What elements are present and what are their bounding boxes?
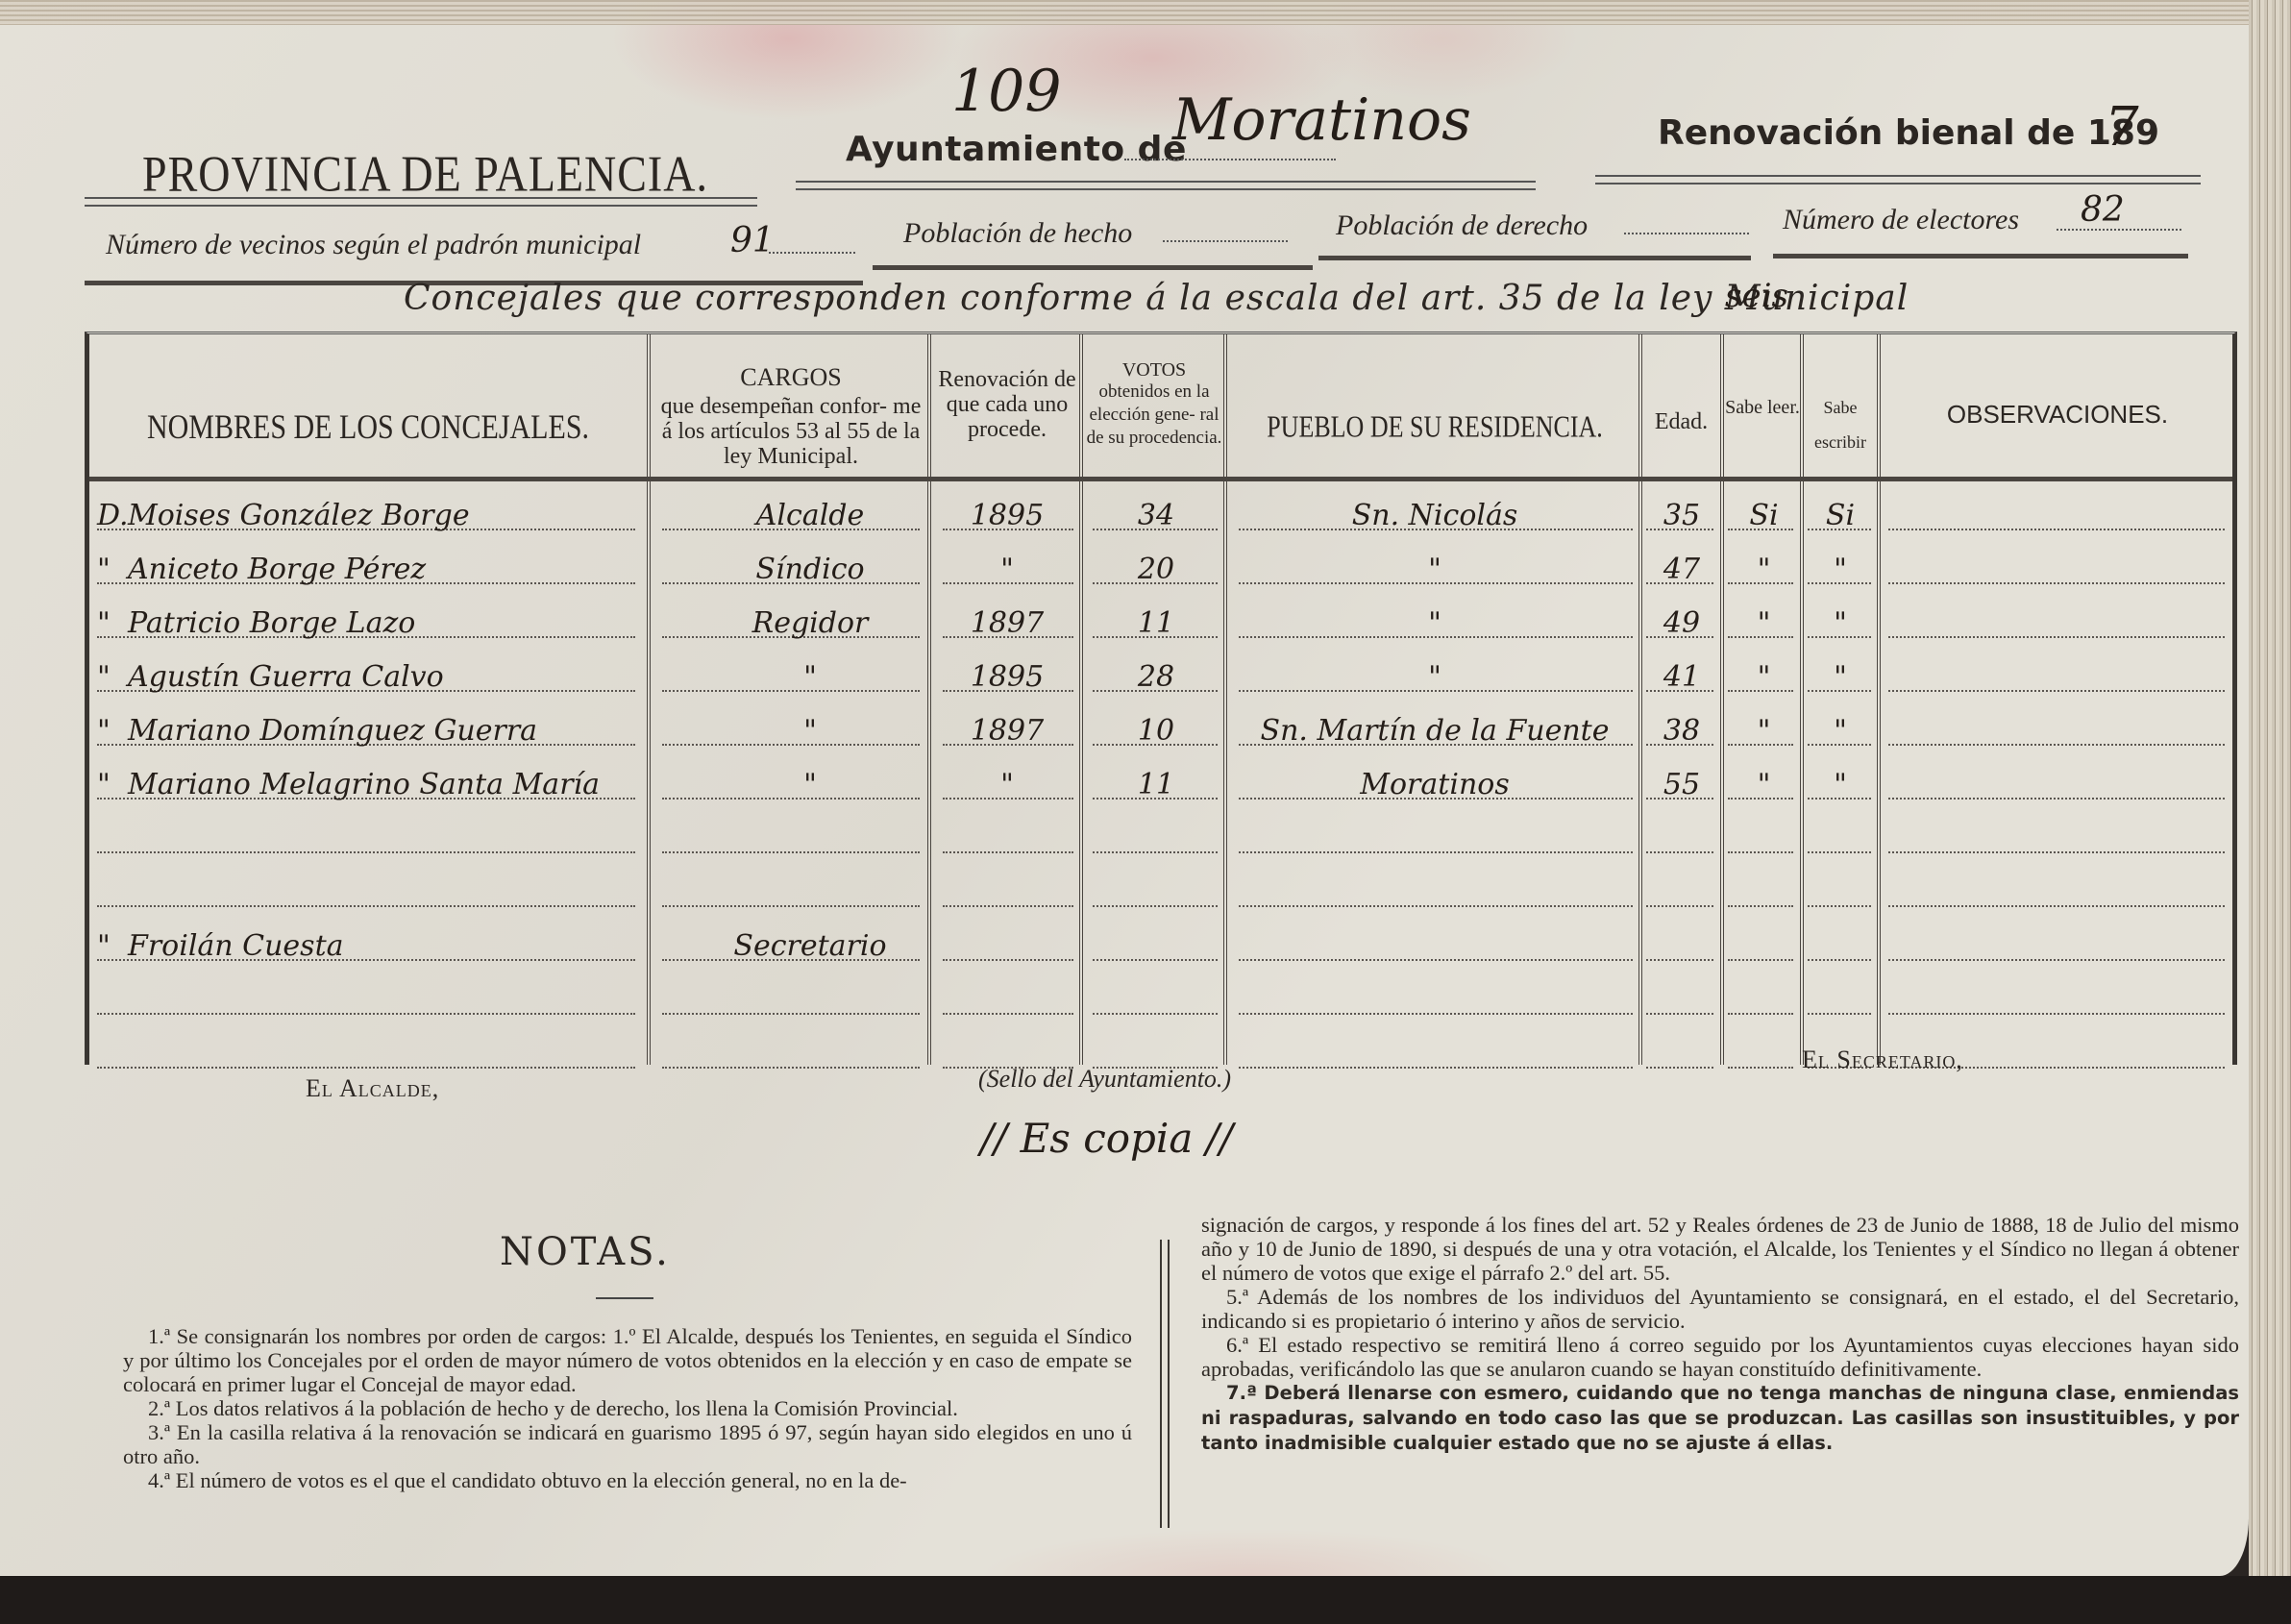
dotted-line (1646, 1013, 1713, 1015)
cell-prefix: " (97, 929, 126, 963)
dotted-line (1239, 1013, 1633, 1015)
cell-leer: " (1733, 660, 1795, 694)
dotted-line (1888, 959, 2225, 961)
cell-renovacion: " (945, 553, 1070, 586)
cell-pueblo: " (1243, 660, 1627, 694)
cell-prefix: " (97, 660, 126, 694)
cell-pueblo: Moratinos (1243, 768, 1627, 801)
dotted-line (943, 851, 1073, 853)
cell-renovacion: 1895 (945, 660, 1070, 694)
notas-title: NOTAS. (500, 1230, 671, 1274)
cell-renovacion: 1895 (945, 499, 1070, 532)
cell-leer: " (1733, 714, 1795, 748)
nota-4: 4.ª El número de votos es el que el cand… (123, 1468, 1132, 1492)
ayuntamiento-label: Ayuntamiento de (846, 130, 1187, 169)
dotted-line (662, 1013, 920, 1015)
header-votos-sub: obtenidos en la elección gene- ral de su… (1085, 381, 1223, 450)
cell-pueblo: Sn. Nicolás (1243, 499, 1627, 532)
dotted-line (1888, 582, 2225, 584)
notas-left-column: 1.ª Se consignarán los nombres por orden… (123, 1324, 1132, 1492)
dotted-line (1093, 959, 1218, 961)
dotted-line (1728, 851, 1793, 853)
cell-cargo: " (704, 714, 916, 748)
document-page: 109 PROVINCIA DE PALENCIA. Ayuntamiento … (0, 0, 2249, 1576)
dotted-line (1808, 851, 1871, 853)
table-row: "Froilán CuestaSecretario (89, 919, 2232, 967)
cell-leer: " (1733, 606, 1795, 640)
dotted-line (97, 1067, 635, 1069)
cell-escribir: " (1811, 768, 1869, 801)
ayuntamiento-dots (1124, 159, 1336, 160)
dotted-line (1728, 959, 1793, 961)
dotted-line (97, 851, 635, 853)
dotted-line (1646, 1067, 1713, 1069)
dotted-line (1888, 529, 2225, 530)
dotted-line (1888, 744, 2225, 746)
cell-edad: 49 (1648, 606, 1715, 640)
poblacion-hecho-field (1163, 240, 1288, 242)
rule-thick (1773, 254, 2188, 258)
nota-7-bold: 7.ª Deberá llenarse con esmero, cuidando… (1201, 1381, 2239, 1456)
cell-escribir: Si (1811, 499, 1869, 532)
cell-pueblo: " (1243, 553, 1627, 586)
provincia-title: PROVINCIA DE PALENCIA. (142, 144, 708, 203)
cell-cargo: Síndico (704, 553, 916, 586)
dotted-line (1888, 636, 2225, 638)
nota-3: 3.ª En la casilla relativa á la renovaci… (123, 1420, 1132, 1468)
cell-escribir: " (1811, 606, 1869, 640)
cell-edad: 35 (1648, 499, 1715, 532)
cell-edad: 47 (1648, 553, 1715, 586)
cell-votos: 20 (1098, 553, 1214, 586)
nota-2: 2.ª Los datos relativos á la población d… (123, 1396, 1132, 1420)
dotted-line (1239, 1067, 1633, 1069)
poblacion-derecho-label: Población de derecho (1336, 209, 1588, 242)
cell-votos: 11 (1098, 606, 1214, 640)
cell-pueblo: Sn. Martín de la Fuente (1243, 714, 1627, 748)
cell-prefix: " (97, 768, 126, 801)
cell-renovacion: 1897 (945, 606, 1070, 640)
cell-nombre: Moises González Borge (128, 499, 637, 532)
cell-leer: " (1733, 768, 1795, 801)
dotted-line (1808, 905, 1871, 907)
table-row (89, 811, 2232, 859)
cell-nombre: Patricio Borge Lazo (128, 606, 637, 640)
cell-nombre: Froilán Cuesta (128, 929, 637, 963)
dotted-line (943, 1013, 1073, 1015)
dotted-line (1239, 959, 1633, 961)
nota-4-continuation: signación de cargos, y responde á los fi… (1201, 1213, 2239, 1285)
rule-double (85, 197, 757, 207)
dotted-line (1888, 690, 2225, 692)
dotted-line (1888, 1013, 2225, 1015)
cell-votos: 10 (1098, 714, 1214, 748)
vecinos-label: Número de vecinos según el padrón munici… (106, 229, 641, 261)
alcalde-signature-label: El Alcalde, (306, 1074, 439, 1103)
dotted-line (97, 905, 635, 907)
dotted-line (1888, 851, 2225, 853)
header-renovacion: Renovación de que cada uno procede. (935, 367, 1079, 442)
secretario-signature-label: El Secretario, (1802, 1046, 1963, 1074)
cell-cargo: Alcalde (704, 499, 916, 532)
notas-right-column: signación de cargos, y responde á los fi… (1201, 1213, 2239, 1456)
cell-cargo: Secretario (704, 929, 916, 963)
header-votos-title: VOTOS (1085, 357, 1223, 382)
electores-label: Número de electores (1783, 204, 2019, 236)
header-rule (89, 477, 2232, 481)
cell-cargo: Regidor (704, 606, 916, 640)
background-surface (0, 1576, 2291, 1624)
cell-edad: 41 (1648, 660, 1715, 694)
cell-votos: 28 (1098, 660, 1214, 694)
cell-escribir: " (1811, 660, 1869, 694)
page-top-edge (0, 0, 2291, 25)
cell-edad: 55 (1648, 768, 1715, 801)
dotted-line (97, 1013, 635, 1015)
cell-renovacion: " (945, 768, 1070, 801)
dotted-line (1728, 1067, 1793, 1069)
sello-label: (Sello del Ayuntamiento.) (978, 1065, 1231, 1094)
concejales-label: Concejales que corresponden conforme á l… (404, 279, 1909, 318)
cell-pueblo: " (1243, 606, 1627, 640)
cell-prefix: D. (97, 499, 126, 532)
cell-nombre: Aniceto Borge Pérez (128, 553, 637, 586)
cell-escribir: " (1811, 553, 1869, 586)
dotted-line (1239, 851, 1633, 853)
table-row: "Agustín Guerra Calvo"189528"41"" (89, 650, 2232, 698)
dotted-line (1646, 851, 1713, 853)
header-edad: Edad. (1642, 409, 1720, 434)
dotted-line (662, 851, 920, 853)
ayuntamiento-value: Moratinos (1172, 86, 1471, 154)
cell-edad: 38 (1648, 714, 1715, 748)
rule-thick (873, 265, 1313, 270)
dotted-line (1093, 905, 1218, 907)
cell-prefix: " (97, 553, 126, 586)
notas-column-divider (1160, 1240, 1170, 1528)
cell-renovacion: 1897 (945, 714, 1070, 748)
dotted-line (1808, 1013, 1871, 1015)
electores-dots (2057, 229, 2181, 231)
dotted-line (662, 1067, 920, 1069)
dotted-line (943, 905, 1073, 907)
dotted-line (943, 959, 1073, 961)
header-sabe-leer: Sabe leer. (1725, 390, 1800, 425)
header-sabe-escribir: Sabe escribir (1804, 390, 1877, 459)
cell-votos: 34 (1098, 499, 1214, 532)
rule-double (1595, 175, 2201, 185)
nota-6: 6.ª El estado respectivo se remitirá lle… (1201, 1333, 2239, 1381)
cell-cargo: " (704, 768, 916, 801)
dotted-line (662, 905, 920, 907)
es-copia-annotation: // Es copia // (980, 1115, 1233, 1162)
dotted-line (1239, 905, 1633, 907)
poblacion-hecho-label: Población de hecho (903, 217, 1132, 250)
book-binding-edge (2249, 0, 2291, 1624)
header-cargos-sub: que desempeñan confor- me á los artículo… (658, 394, 924, 469)
header-pueblo: PUEBLO DE SU RESIDENCIA. (1231, 408, 1638, 448)
dotted-line (1888, 798, 2225, 800)
notas-rule (596, 1297, 653, 1299)
dotted-line (1093, 851, 1218, 853)
table-row: "Patricio Borge LazoRegidor189711"49"" (89, 596, 2232, 644)
dotted-line (1888, 905, 2225, 907)
table-row: D.Moises González BorgeAlcalde189534Sn. … (89, 488, 2232, 536)
concejales-table: NOMBRES DE LOS CONCEJALES. CARGOS que de… (85, 332, 2237, 1065)
concejales-value: seis (1725, 277, 1788, 315)
cell-votos: 11 (1098, 768, 1214, 801)
dotted-line (1728, 905, 1793, 907)
rule-double (796, 181, 1536, 190)
table-row (89, 972, 2232, 1021)
table-row: "Aniceto Borge PérezSíndico"20"47"" (89, 542, 2232, 590)
dotted-line (1646, 959, 1713, 961)
folio-number: 109 (951, 58, 1062, 125)
table-row: "Mariano Melagrino Santa María""11Morati… (89, 757, 2232, 805)
cell-cargo: " (704, 660, 916, 694)
cell-leer: Si (1733, 499, 1795, 532)
nota-5: 5.ª Además de los nombres de los individ… (1201, 1285, 2239, 1333)
cell-prefix: " (97, 606, 126, 640)
renovacion-value: 7 (2105, 96, 2139, 159)
nota-1: 1.ª Se consignarán los nombres por orden… (123, 1324, 1132, 1396)
renovacion-label: Renovación bienal de 189 (1658, 113, 2159, 153)
poblacion-derecho-field (1624, 233, 1749, 234)
dotted-line (1808, 959, 1871, 961)
dotted-line (1093, 1013, 1218, 1015)
vecinos-value: 91 (730, 221, 775, 260)
cell-escribir: " (1811, 714, 1869, 748)
cell-nombre: Mariano Domínguez Guerra (128, 714, 637, 748)
cell-leer: " (1733, 553, 1795, 586)
dotted-line (1728, 1013, 1793, 1015)
table-row (89, 865, 2232, 913)
vecinos-dots (769, 252, 855, 254)
header-nombres: NOMBRES DE LOS CONCEJALES. (89, 408, 647, 448)
cell-prefix: " (97, 714, 126, 748)
electores-value: 82 (2081, 190, 2125, 230)
header-cargos-title: CARGOS (654, 365, 927, 390)
rule-thick (1318, 256, 1751, 260)
table-row: "Mariano Domínguez Guerra"189710Sn. Mart… (89, 703, 2232, 751)
cell-nombre: Agustín Guerra Calvo (128, 660, 637, 694)
dotted-line (1646, 905, 1713, 907)
header-observaciones: OBSERVACIONES. (1883, 402, 2232, 427)
cell-nombre: Mariano Melagrino Santa María (128, 768, 637, 801)
